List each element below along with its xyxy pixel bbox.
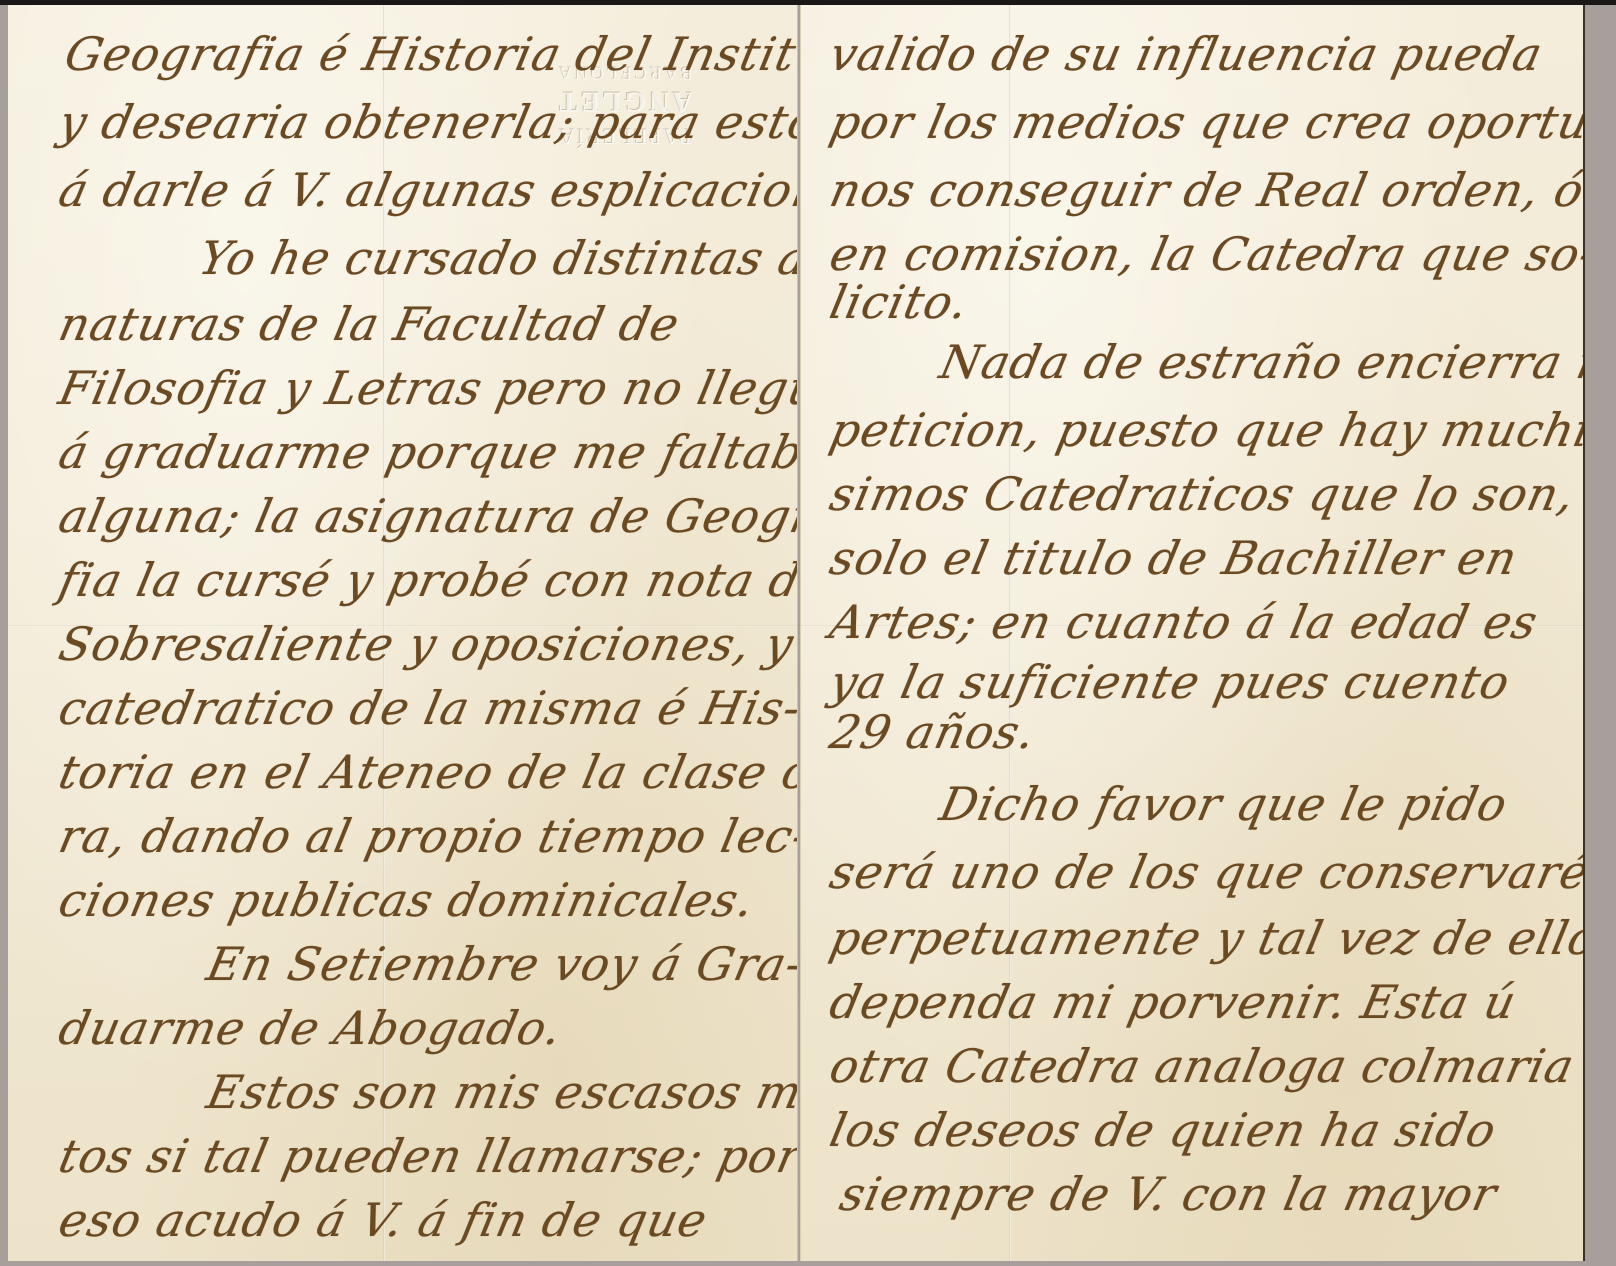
handwritten-line: eso acudo á V. á fin de que xyxy=(54,1193,712,1247)
handwritten-line: por los medios que crea oportu- xyxy=(825,95,1585,149)
letter-spread: PAPELERÍA ANGLET BARCELONA Geografia é H… xyxy=(8,5,1602,1261)
handwritten-line: nos conseguir de Real orden, ó xyxy=(825,163,1585,217)
handwritten-line: Filosofia y Letras pero no llegué xyxy=(54,361,798,415)
handwritten-line: ya la suficiente pues cuento xyxy=(825,655,1515,709)
handwritten-line: alguna; la asignatura de Geogra xyxy=(54,489,798,543)
handwritten-line: á graduarme porque me faltaba xyxy=(54,425,798,479)
handwritten-line: duarme de Abogado. xyxy=(54,1001,567,1055)
handwritten-line: simos Catedraticos que lo son, con xyxy=(825,467,1585,521)
handwritten-line: Dicho favor que le pido xyxy=(935,777,1512,831)
handwritten-line: será uno de los que conservaré xyxy=(825,845,1585,899)
handwritten-line: En Setiembre voy á Gra- xyxy=(202,937,798,991)
handwritten-line: 29 años. xyxy=(825,705,1041,759)
handwritten-line: ciones publicas dominicales. xyxy=(54,873,759,927)
handwritten-line: Sobresaliente y oposiciones, y luego fui xyxy=(54,617,798,671)
handwritten-line: tos si tal pueden llamarse; por xyxy=(54,1129,798,1183)
handwritten-line: licito. xyxy=(825,275,973,329)
handwritten-line: Artes; en cuanto á la edad es xyxy=(825,595,1543,649)
handwritten-line: Estos son mis escasos meri- xyxy=(202,1065,798,1119)
handwritten-line: Nada de estraño encierra mi xyxy=(935,335,1585,389)
handwritten-line: dependa mi porvenir. Esta ú xyxy=(825,975,1521,1029)
handwritten-line: fia la cursé y probé con nota de xyxy=(54,553,798,607)
handwritten-line: los deseos de quien ha sido xyxy=(825,1103,1501,1157)
right-page: valido de su influencia pueda por los me… xyxy=(800,5,1585,1261)
handwritten-line: peticion, puesto que hay muchi- xyxy=(825,403,1585,457)
handwritten-line: siempre de V. con la mayor xyxy=(835,1167,1502,1221)
left-page-text: Geografia é Historia del Instituto y des… xyxy=(8,5,797,1261)
handwritten-line: valido de su influencia pueda xyxy=(825,27,1547,81)
handwritten-line: á darle á V. algunas esplicaciones. xyxy=(54,163,798,217)
handwritten-line: solo el titulo de Bachiller en xyxy=(825,531,1522,585)
handwritten-line: y desearia obtenerla; para esto paso xyxy=(54,95,798,149)
handwritten-line: ra, dando al propio tiempo lec- xyxy=(54,809,798,863)
handwritten-line: en comision, la Catedra que so- xyxy=(825,227,1585,281)
handwritten-line: otra Catedra analoga colmaria xyxy=(825,1039,1579,1093)
handwritten-line: perpetuamente y tal vez de ello xyxy=(825,911,1585,965)
handwritten-line: catedratico de la misma é His- xyxy=(54,681,798,735)
left-page: PAPELERÍA ANGLET BARCELONA Geografia é H… xyxy=(8,5,798,1261)
right-page-text: valido de su influencia pueda por los me… xyxy=(801,5,1583,1261)
handwritten-line: Geografia é Historia del Instituto xyxy=(60,27,798,81)
handwritten-line: naturas de la Facultad de xyxy=(54,297,684,351)
handwritten-line: toria en el Ateneo de la clase obre- xyxy=(54,745,798,799)
handwritten-line: Yo he cursado distintas asig- xyxy=(194,231,798,285)
